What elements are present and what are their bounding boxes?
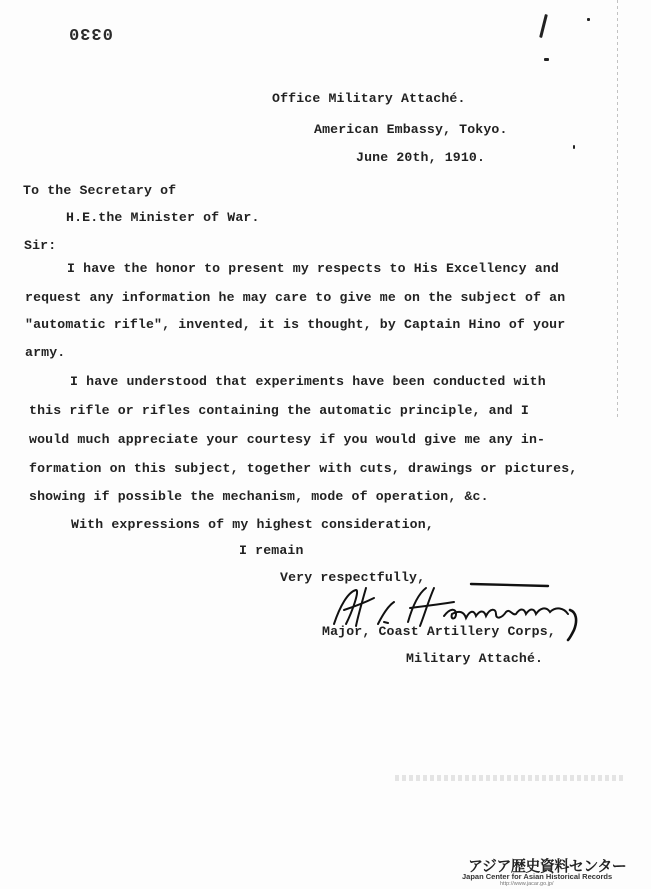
body-line: request any information he may care to g… bbox=[25, 291, 565, 304]
body-line: showing if possible the mechanism, mode … bbox=[29, 490, 489, 503]
addressee-line-1: To the Secretary of bbox=[23, 184, 176, 197]
page-margin-line bbox=[617, 0, 618, 420]
body-line: army. bbox=[25, 346, 65, 359]
archive-url: http://www.jacar.go.jp/ bbox=[500, 881, 554, 887]
body-line: I have understood that experiments have … bbox=[70, 375, 546, 388]
body-line: this rifle or rifles containing the auto… bbox=[29, 404, 529, 417]
ink-dot-icon bbox=[573, 145, 575, 149]
page-mark-icon bbox=[539, 14, 548, 38]
body-line: formation on this subject, together with… bbox=[29, 462, 577, 475]
archive-logo-english: Japan Center for Asian Historical Record… bbox=[462, 872, 612, 881]
title-line-1: Major, Coast Artillery Corps, bbox=[322, 625, 556, 638]
body-line: I have the honor to present my respects … bbox=[67, 262, 559, 275]
body-line: would much appreciate your courtesy if y… bbox=[29, 433, 545, 446]
embassy-line: American Embassy, Tokyo. bbox=[314, 123, 508, 136]
stamp-number: 0330 bbox=[68, 24, 113, 41]
title-line-2: Military Attaché. bbox=[406, 652, 543, 665]
faded-text-smudge bbox=[395, 775, 625, 781]
archive-logo: アジア歴史資料センター Japan Center for Asian Histo… bbox=[460, 855, 651, 889]
office-line: Office Military Attaché. bbox=[272, 92, 466, 105]
closing-remain: I remain bbox=[239, 544, 304, 557]
date-line: June 20th, 1910. bbox=[356, 151, 485, 164]
ink-dot-icon bbox=[544, 58, 549, 61]
salutation: Sir: bbox=[24, 239, 56, 252]
body-line: "automatic rifle", invented, it is thoug… bbox=[25, 318, 565, 331]
ink-dot-icon bbox=[587, 18, 590, 21]
addressee-line-2: H.E.the Minister of War. bbox=[66, 211, 260, 224]
body-line: With expressions of my highest considera… bbox=[71, 518, 434, 531]
document-page: 0330 Office Military Attaché. American E… bbox=[0, 0, 651, 889]
